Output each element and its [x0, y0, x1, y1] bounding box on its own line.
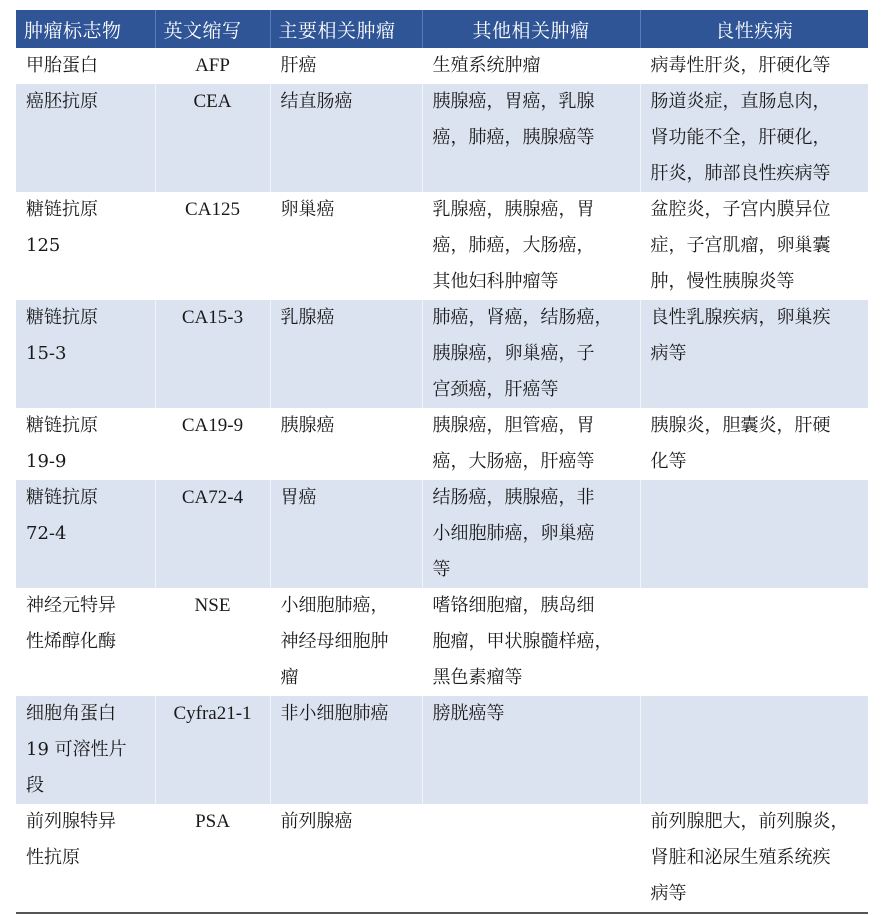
cell-other-tumor: 结肠癌，胰腺癌，非 小细胞肺癌，卵巢癌 等 — [422, 480, 640, 588]
cell-main-tumor: 小细胞肺癌， 神经母细胞肿 瘤 — [270, 588, 422, 696]
table-row: 糖链抗原 125 CA125 卵巢癌 乳腺癌，胰腺癌，胃 癌，肺癌，大肠癌， 其… — [16, 192, 868, 300]
cell-marker: 糖链抗原 72-4 — [16, 480, 155, 588]
cell-abbr: CA15-3 — [155, 300, 270, 408]
cell-other-tumor: 乳腺癌，胰腺癌，胃 癌，肺癌，大肠癌， 其他妇科肿瘤等 — [422, 192, 640, 300]
cell-main-tumor: 结直肠癌 — [270, 84, 422, 192]
table-row: 糖链抗原 15-3 CA15-3 乳腺癌 肺癌，肾癌，结肠癌， 胰腺癌，卵巢癌，… — [16, 300, 868, 408]
table-row: 糖链抗原 19-9 CA19-9 胰腺癌 胰腺癌，胆管癌，胃 癌，大肠癌，肝癌等… — [16, 408, 868, 480]
cell-abbr: Cyfra21-1 — [155, 696, 270, 804]
cell-benign-disease — [640, 696, 868, 804]
cell-marker: 细胞角蛋白 19 可溶性片 段 — [16, 696, 155, 804]
cell-marker: 甲胎蛋白 — [16, 48, 155, 84]
cell-benign-disease: 前列腺肥大，前列腺炎， 肾脏和泌尿生殖系统疾 病等 — [640, 804, 868, 913]
cell-abbr: CEA — [155, 84, 270, 192]
table-row: 癌胚抗原 CEA 结直肠癌 胰腺癌，胃癌，乳腺 癌，肺癌，胰腺癌等 肠道炎症，直… — [16, 84, 868, 192]
table-row: 神经元特异 性烯醇化酶 NSE 小细胞肺癌， 神经母细胞肿 瘤 嗜铬细胞瘤，胰岛… — [16, 588, 868, 696]
cell-marker: 糖链抗原 19-9 — [16, 408, 155, 480]
header-main-tumor: 主要相关肿瘤 — [270, 10, 422, 48]
table-row: 前列腺特异 性抗原 PSA 前列腺癌 前列腺肥大，前列腺炎， 肾脏和泌尿生殖系统… — [16, 804, 868, 913]
tumor-marker-table: 肿瘤标志物 英文缩写 主要相关肿瘤 其他相关肿瘤 良性疾病 甲胎蛋白 AFP 肝… — [16, 10, 868, 914]
cell-main-tumor: 前列腺癌 — [270, 804, 422, 913]
table-row: 细胞角蛋白 19 可溶性片 段 Cyfra21-1 非小细胞肺癌 膀胱癌等 — [16, 696, 868, 804]
cell-benign-disease: 病毒性肝炎，肝硬化等 — [640, 48, 868, 84]
table-row: 糖链抗原 72-4 CA72-4 胃癌 结肠癌，胰腺癌，非 小细胞肺癌，卵巢癌 … — [16, 480, 868, 588]
cell-abbr: PSA — [155, 804, 270, 913]
cell-main-tumor: 卵巢癌 — [270, 192, 422, 300]
table-row: 甲胎蛋白 AFP 肝癌 生殖系统肿瘤 病毒性肝炎，肝硬化等 — [16, 48, 868, 84]
cell-abbr: CA19-9 — [155, 408, 270, 480]
cell-main-tumor: 肝癌 — [270, 48, 422, 84]
cell-marker: 糖链抗原 125 — [16, 192, 155, 300]
cell-benign-disease: 胰腺炎，胆囊炎，肝硬 化等 — [640, 408, 868, 480]
cell-abbr: CA72-4 — [155, 480, 270, 588]
cell-other-tumor: 嗜铬细胞瘤，胰岛细 胞瘤，甲状腺髓样癌， 黑色素瘤等 — [422, 588, 640, 696]
cell-abbr: CA125 — [155, 192, 270, 300]
cell-benign-disease — [640, 588, 868, 696]
cell-marker: 前列腺特异 性抗原 — [16, 804, 155, 913]
cell-marker: 糖链抗原 15-3 — [16, 300, 155, 408]
cell-main-tumor: 非小细胞肺癌 — [270, 696, 422, 804]
header-abbr: 英文缩写 — [155, 10, 270, 48]
cell-benign-disease: 盆腔炎，子宫内膜异位 症，子宫肌瘤，卵巢囊 肿，慢性胰腺炎等 — [640, 192, 868, 300]
cell-other-tumor: 胰腺癌，胆管癌，胃 癌，大肠癌，肝癌等 — [422, 408, 640, 480]
header-benign-disease: 良性疾病 — [640, 10, 868, 48]
cell-main-tumor: 胃癌 — [270, 480, 422, 588]
cell-marker: 癌胚抗原 — [16, 84, 155, 192]
cell-other-tumor: 膀胱癌等 — [422, 696, 640, 804]
table-header-row: 肿瘤标志物 英文缩写 主要相关肿瘤 其他相关肿瘤 良性疾病 — [16, 10, 868, 48]
cell-benign-disease: 良性乳腺疾病，卵巢疾 病等 — [640, 300, 868, 408]
header-marker: 肿瘤标志物 — [16, 10, 155, 48]
cell-main-tumor: 胰腺癌 — [270, 408, 422, 480]
cell-other-tumor: 肺癌，肾癌，结肠癌， 胰腺癌，卵巢癌，子 宫颈癌，肝癌等 — [422, 300, 640, 408]
cell-benign-disease — [640, 480, 868, 588]
cell-other-tumor: 胰腺癌，胃癌，乳腺 癌，肺癌，胰腺癌等 — [422, 84, 640, 192]
cell-benign-disease: 肠道炎症，直肠息肉， 肾功能不全，肝硬化， 肝炎，肺部良性疾病等 — [640, 84, 868, 192]
cell-abbr: AFP — [155, 48, 270, 84]
cell-marker: 神经元特异 性烯醇化酶 — [16, 588, 155, 696]
cell-other-tumor: 生殖系统肿瘤 — [422, 48, 640, 84]
cell-main-tumor: 乳腺癌 — [270, 300, 422, 408]
cell-abbr: NSE — [155, 588, 270, 696]
cell-other-tumor — [422, 804, 640, 913]
header-other-tumor: 其他相关肿瘤 — [422, 10, 640, 48]
